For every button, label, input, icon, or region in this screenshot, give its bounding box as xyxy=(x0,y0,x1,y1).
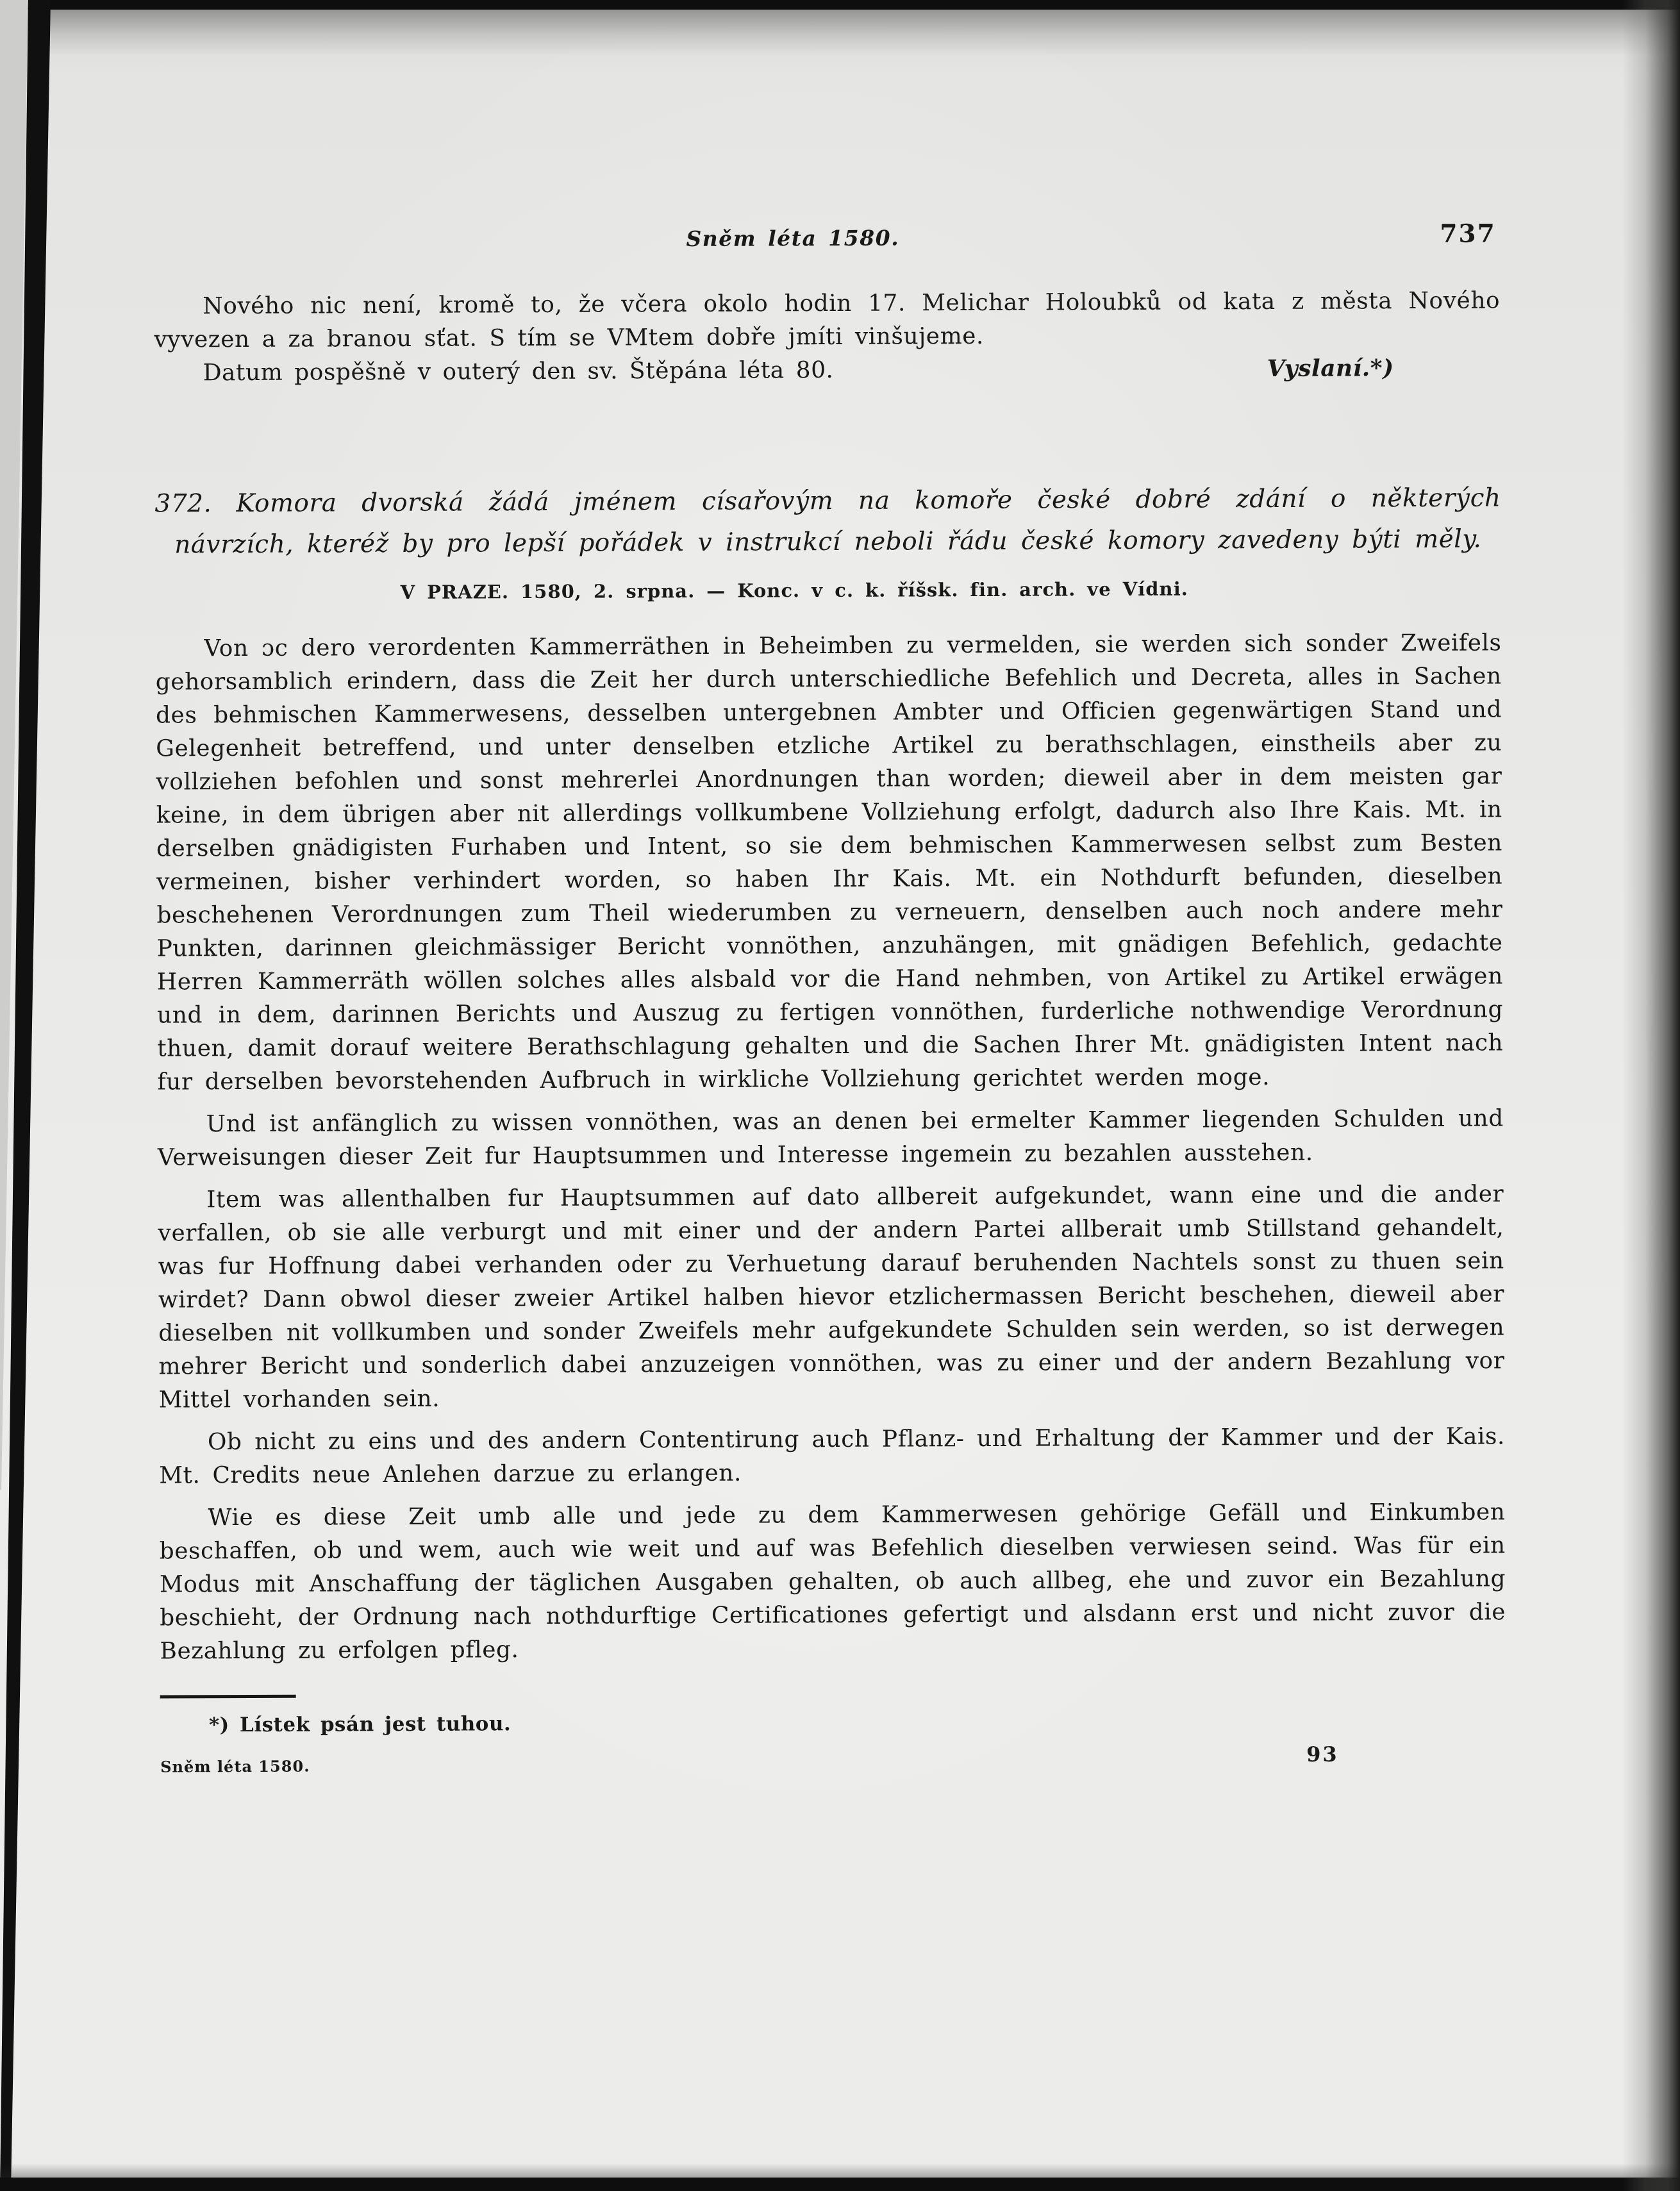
scan-smudge-top xyxy=(0,10,1680,74)
body-paragraph: Ob nicht zu eins und des andern Contenti… xyxy=(159,1420,1505,1492)
scan-edge-bottom xyxy=(0,2178,1680,2191)
footnote: *) Lístek psán jest tuhou. xyxy=(160,1708,1506,1737)
scan-edge-top xyxy=(0,0,1680,10)
footer-signature-title: Sněm léta 1580. xyxy=(160,1757,310,1776)
running-title: Sněm léta 1580. xyxy=(154,223,1432,254)
letter-dateline: Datum pospěšně v outerý den sv. Štěpána … xyxy=(154,354,834,390)
page-content: Sněm léta 1580. 737 Nového nic není, kro… xyxy=(154,222,1507,1792)
footnote-divider xyxy=(160,1695,296,1699)
letter-conclusion: Nového nic není, kromě to, že včera okol… xyxy=(154,284,1501,390)
document-body: Von ɔc dero verordenten Kammerräthen in … xyxy=(155,626,1506,1668)
page-number: 737 xyxy=(1440,219,1496,248)
body-paragraph: Und ist anfänglich zu wissen vonnöthen, … xyxy=(158,1102,1504,1174)
scanned-book-page: Sněm léta 1580. 737 Nového nic není, kro… xyxy=(0,0,1680,2191)
letter-body: Nového nic není, kromě to, že včera okol… xyxy=(154,284,1500,356)
running-header: Sněm léta 1580. 737 xyxy=(154,222,1500,264)
section-number: 372. xyxy=(154,489,212,518)
page-footer: Sněm léta 1580. 93 xyxy=(160,1747,1506,1792)
body-paragraph: Item was allenthalben fur Hauptsummen au… xyxy=(158,1178,1505,1417)
section-title: Komora dvorská žádá jménem císařovým na … xyxy=(174,483,1501,559)
letter-dateline-row: Datum pospěšně v outerý den sv. Štěpána … xyxy=(154,351,1501,390)
scan-edge-right xyxy=(1622,0,1680,2191)
source-line: V PRAZE. 1580, 2. srpna. — Konc. v c. k.… xyxy=(155,577,1433,604)
section-heading: 372.Komora dvorská žádá jménem císařovým… xyxy=(154,478,1501,565)
body-paragraph: Wie es diese Zeit umb alle und jede zu d… xyxy=(159,1495,1506,1668)
sheet-number: 93 xyxy=(1306,1742,1339,1767)
scan-smudge-bottom xyxy=(0,2163,1680,2178)
letter-signature: Vyslaní.*) xyxy=(1267,351,1394,385)
body-paragraph: Von ɔc dero verordenten Kammerräthen in … xyxy=(155,626,1503,1099)
